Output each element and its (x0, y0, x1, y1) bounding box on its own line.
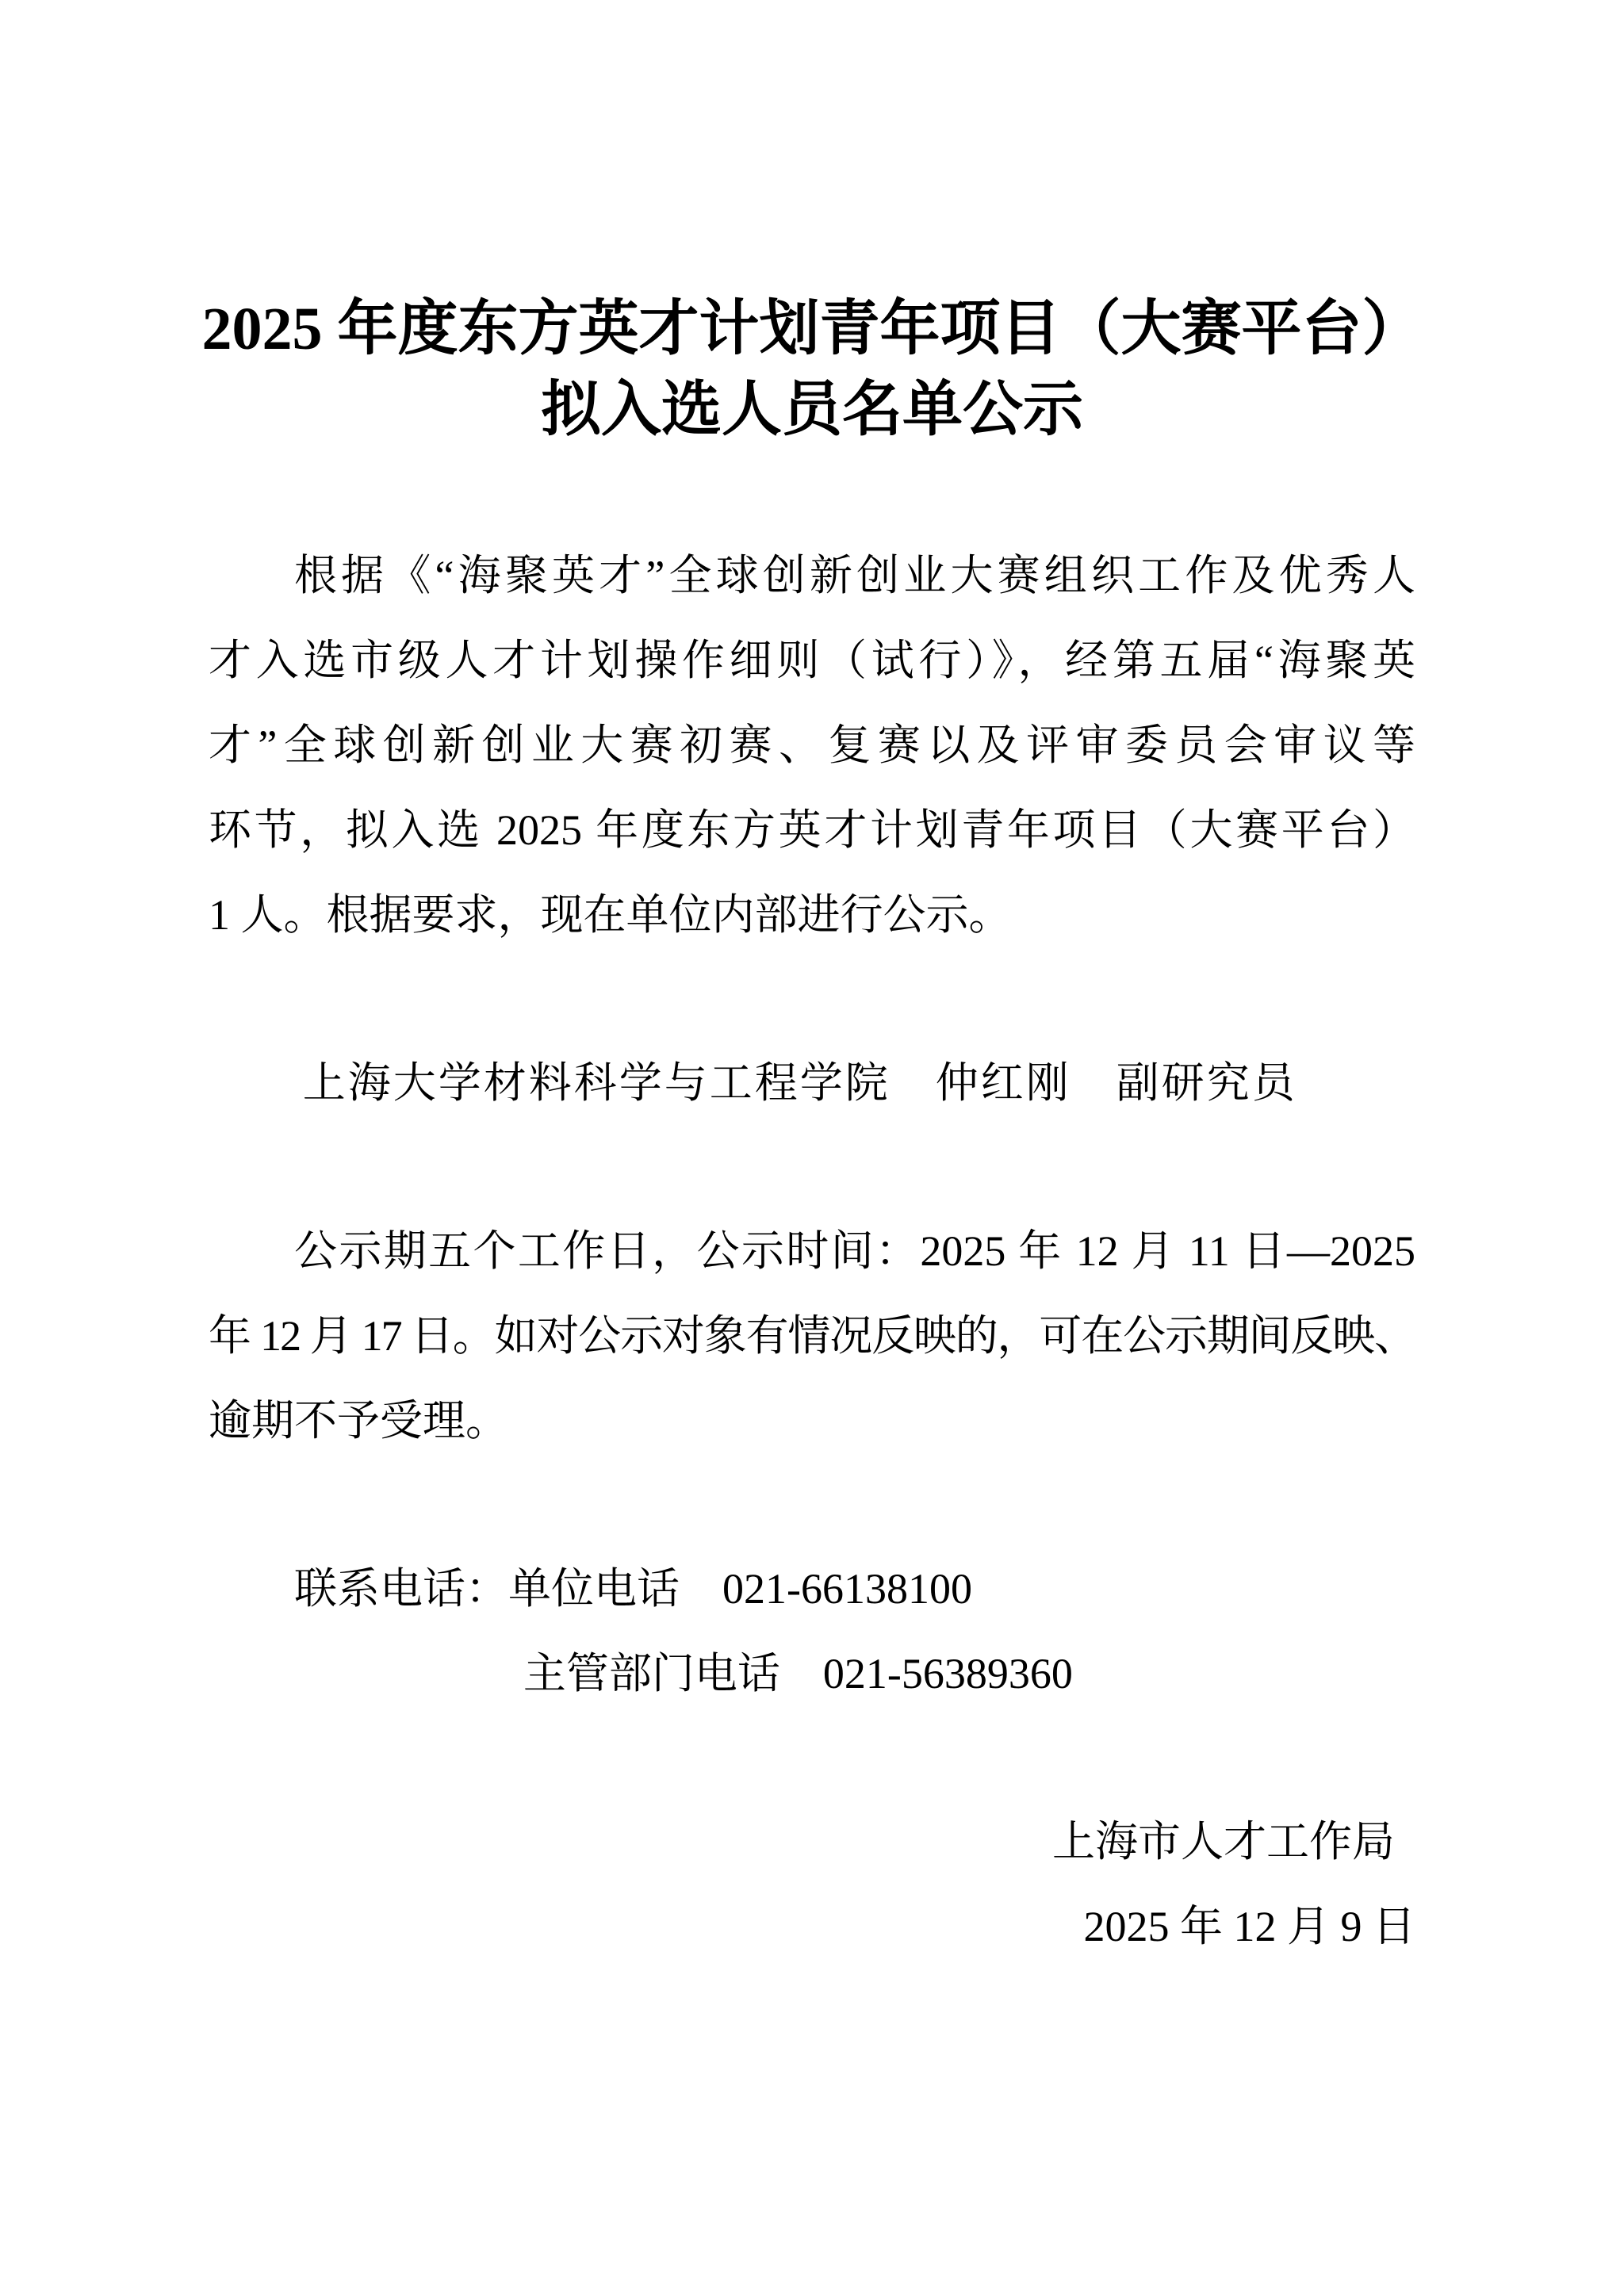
doc-title: 2025 年度东方英才计划青年项目（大赛平台） 拟入选人员名单公示 (153, 289, 1471, 450)
doc-title-line-1: 2025 年度东方英才计划青年项目（大赛平台） (153, 289, 1471, 369)
intro-line-2: 才入选市级人才计划操作细则（试行）》，经第五届“海聚英 (209, 618, 1415, 703)
awardee-block: 上海大学材料科学与工程学院 仲红刚 副研究员 (209, 1041, 1415, 1126)
signature-org: 上海市人才工作局 (209, 1800, 1415, 1885)
intro-paragraph: 根据《“海聚英才”全球创新创业大赛组织工作及优秀人 才入选市级人才计划操作细则（… (209, 534, 1415, 958)
publicity-line-3: 逾期不予受理。 (209, 1379, 1415, 1464)
contact-dept-phone-line: 主管部门电话 021-56389360 (209, 1632, 1415, 1716)
intro-line-5: 1 人。根据要求，现在单位内部进行公示。 (209, 873, 1415, 958)
intro-line-4: 环节，拟入选 2025 年度东方英才计划青年项目（大赛平台） (209, 788, 1415, 873)
document-page: 2025 年度东方英才计划青年项目（大赛平台） 拟入选人员名单公示 根据《“海聚… (0, 0, 1624, 2296)
intro-line-3: 才”全球创新创业大赛初赛、复赛以及评审委员会审议等 (209, 703, 1415, 788)
signature-block: 上海市人才工作局 2025 年 12 月 9 日 (209, 1800, 1415, 1969)
awardee-line: 上海大学材料科学与工程学院 仲红刚 副研究员 (209, 1041, 1415, 1126)
signature-date: 2025 年 12 月 9 日 (209, 1885, 1415, 1969)
doc-title-line-2: 拟入选人员名单公示 (153, 369, 1471, 450)
publicity-line-1: 公示期五个工作日，公示时间：2025 年 12 月 11 日—2025 (209, 1209, 1415, 1294)
contact-block: 联系电话：单位电话 021-66138100 主管部门电话 021-563893… (209, 1547, 1415, 1716)
intro-line-1: 根据《“海聚英才”全球创新创业大赛组织工作及优秀人 (209, 534, 1415, 618)
contact-unit-phone-line: 联系电话：单位电话 021-66138100 (209, 1547, 1415, 1632)
publicity-line-2: 年 12 月 17 日。如对公示对象有情况反映的，可在公示期间反映、 (209, 1294, 1415, 1379)
publicity-paragraph: 公示期五个工作日，公示时间：2025 年 12 月 11 日—2025 年 12… (209, 1209, 1415, 1464)
